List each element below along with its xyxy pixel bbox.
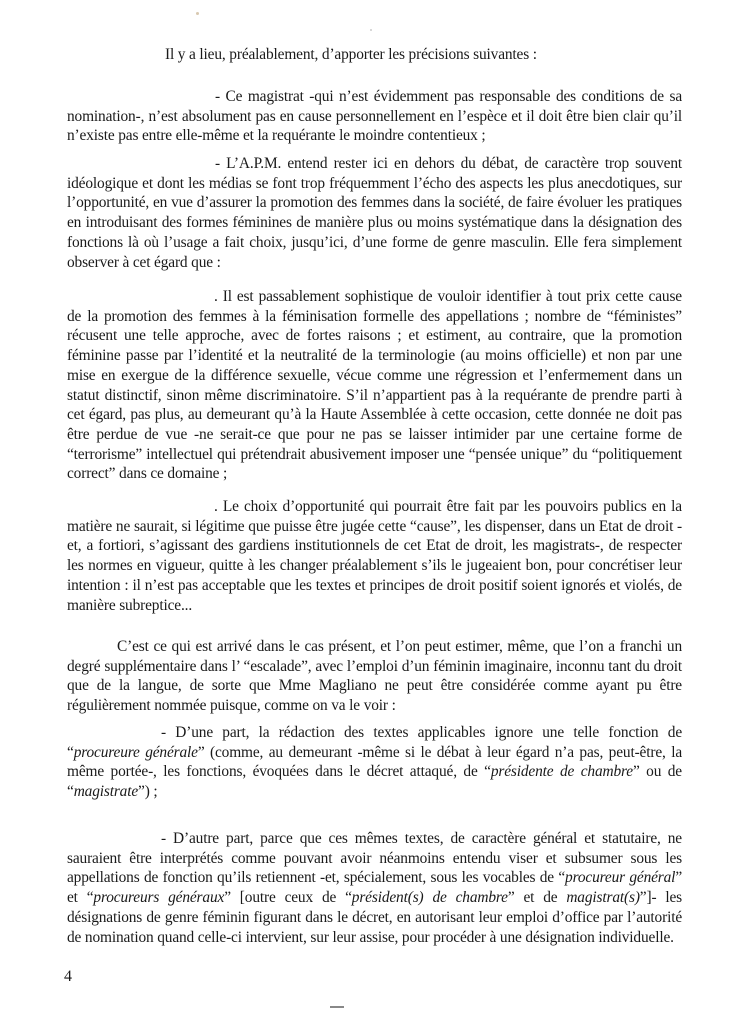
- paragraph-dune-part: - D’une part, la rédaction des textes ap…: [67, 723, 682, 802]
- paragraph-dautre-part: - D’autre part, parce que ces mêmes text…: [67, 829, 682, 947]
- italic-term: procureure générale: [74, 744, 198, 761]
- scan-mark: [330, 1006, 344, 1008]
- text-run: ” et de: [508, 889, 567, 906]
- italic-term: magistrat(s): [566, 889, 639, 906]
- text-run: ” [outre ceux de “: [224, 889, 352, 906]
- paragraph-cas-present: C’est ce qui est arrivé dans le cas prés…: [67, 637, 682, 716]
- italic-term: président(s) de chambre: [352, 889, 508, 906]
- text-run: ”) ;: [138, 783, 157, 800]
- paragraph-intro: Il y a lieu, préalablement, d’apporter l…: [67, 45, 682, 65]
- paragraph-magistrat: - Ce magistrat -qui n’est évidemment pas…: [67, 87, 682, 146]
- scan-speck: [370, 29, 372, 31]
- scan-speck: [196, 12, 199, 15]
- page-number: 4: [64, 968, 72, 986]
- italic-term: procureur général: [565, 869, 675, 886]
- paragraph-apm: - L’A.P.M. entend rester ici en dehors d…: [67, 154, 682, 272]
- paragraph-choix: . Le choix d’opportunité qui pourrait êt…: [67, 497, 682, 615]
- paragraph-sophistique: . Il est passablement sophistique de vou…: [67, 287, 682, 484]
- italic-term: procureurs généraux: [93, 889, 224, 906]
- italic-term: présidente de chambre: [491, 763, 633, 780]
- italic-term: magistrate: [74, 783, 138, 800]
